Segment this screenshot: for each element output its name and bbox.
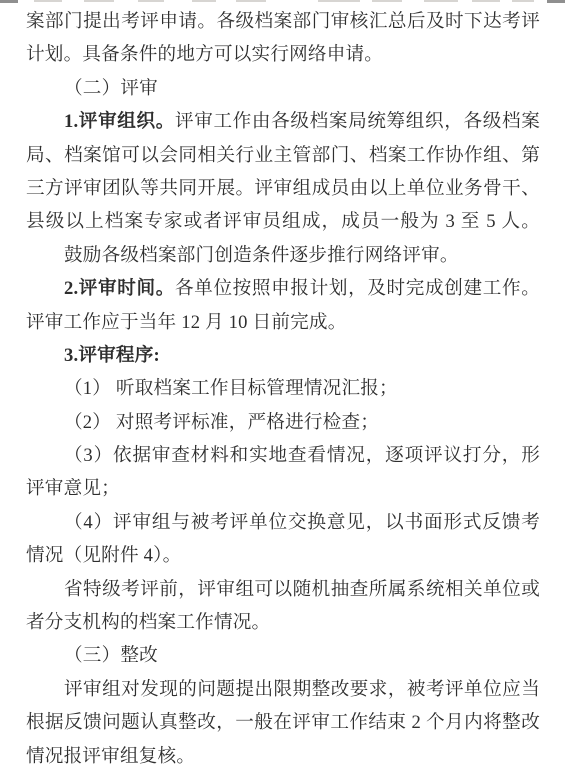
text-line: 案部门提出考评申请。各级档案部门审核汇总后及时下达考评 <box>26 5 540 38</box>
text-run: （3）依据审查材料和实地查看情况，逐项评议打分，形成 <box>64 445 540 472</box>
text-line: 评审工作应于当年 12 月 10 日前完成。 <box>26 306 540 339</box>
clipped-text-artifact <box>0 0 565 4</box>
text-line: 省特级考评前，评审组可以随机抽查所属系统相关单位或 <box>26 573 540 606</box>
text-run: 情况（见附件 4）。 <box>26 545 181 566</box>
text-run: 三方评审团队等共同开展。评审组成员由以上单位业务骨干、 <box>26 178 540 199</box>
text-line: 局、档案馆可以会同相关行业主管部门、档案工作协作组、第 <box>26 139 540 172</box>
numbered-heading-pingshen-chengxu: 3.评审程序: <box>26 339 540 372</box>
text-run: （二）评审 <box>64 78 158 99</box>
text-run: 省特级考评前，评审组可以随机抽查所属系统相关单位或 <box>64 579 540 600</box>
text-run: 根据反馈问题认真整改，一般在评审工作结束 2 个月内将整改 <box>26 712 540 733</box>
text-run: （2） 对照考评标准，严格进行检查； <box>64 412 379 433</box>
text-run: （三）整改 <box>64 645 158 666</box>
text-run: 局、档案馆可以会同相关行业主管部门、档案工作协作组、第 <box>26 145 540 166</box>
text-run: （4）评审组与被考评单位交换意见，以书面形式反馈考评 <box>64 512 540 539</box>
text-line: 县级以上档案专家或者评审员组成，成员一般为 3 至 5 人。 <box>26 205 540 238</box>
text-line: 评审意见； <box>26 472 540 505</box>
text-line: 情况报评审组复核。 <box>26 740 540 773</box>
text-line: 2.评审时间。各单位按照申报计划，及时完成创建工作。 <box>26 272 540 305</box>
text-line: 计划。具备条件的地方可以实行网络申请。 <box>26 38 540 71</box>
text-run: 者分支机构的档案工作情况。 <box>26 612 270 633</box>
bold-run-pingshen-chengxu: 3.评审程序: <box>64 345 160 366</box>
text-run: 各单位按照申报计划，及时完成创建工作。 <box>175 278 540 299</box>
text-run: 评审工作应于当年 12 月 10 日前完成。 <box>26 312 347 333</box>
list-item-line: （4）评审组与被考评单位交换意见，以书面形式反馈考评 <box>26 506 540 539</box>
text-run: 评审工作由各级档案局统筹组织，各级档案 <box>175 111 540 132</box>
text-line: 三方评审团队等共同开展。评审组成员由以上单位业务骨干、 <box>26 172 540 205</box>
text-line: 者分支机构的档案工作情况。 <box>26 606 540 639</box>
list-item-line: （2） 对照考评标准，严格进行检查； <box>26 406 540 439</box>
bold-run-pingshen-zuzhi: 1.评审组织。 <box>64 111 175 132</box>
list-item-line: （1） 听取档案工作目标管理情况汇报； <box>26 372 540 405</box>
text-line: 1.评审组织。评审工作由各级档案局统筹组织，各级档案 <box>26 105 540 138</box>
list-item-line: （3）依据审查材料和实地查看情况，逐项评议打分，形成 <box>26 439 540 472</box>
text-line: 根据反馈问题认真整改，一般在评审工作结束 2 个月内将整改 <box>26 706 540 739</box>
text-run: 计划。具备条件的地方可以实行网络申请。 <box>26 44 383 65</box>
text-line: 情况（见附件 4）。 <box>26 539 540 572</box>
bold-run-pingshen-shijian: 2.评审时间。 <box>64 278 175 299</box>
text-run: 情况报评审组复核。 <box>26 746 195 767</box>
text-run: 县级以上档案专家或者评审员组成，成员一般为 3 至 5 人。 <box>26 211 540 232</box>
text-run: （1） 听取档案工作目标管理情况汇报； <box>64 378 398 399</box>
text-run: 评审意见； <box>26 478 120 499</box>
text-line: 评审组对发现的问题提出限期整改要求，被考评单位应当 <box>26 673 540 706</box>
section-heading-er-pingshen: （二）评审 <box>26 72 540 105</box>
section-heading-san-zhenggai: （三）整改 <box>26 639 540 672</box>
text-run: 案部门提出考评申请。各级档案部门审核汇总后及时下达考评 <box>26 11 540 32</box>
text-line: 鼓励各级档案部门创造条件逐步推行网络评审。 <box>26 239 540 272</box>
text-run: 鼓励各级档案部门创造条件逐步推行网络评审。 <box>64 245 459 266</box>
text-run: 评审组对发现的问题提出限期整改要求，被考评单位应当 <box>64 679 540 700</box>
document-page: 案部门提出考评申请。各级档案部门审核汇总后及时下达考评 计划。具备条件的地方可以… <box>0 0 565 774</box>
